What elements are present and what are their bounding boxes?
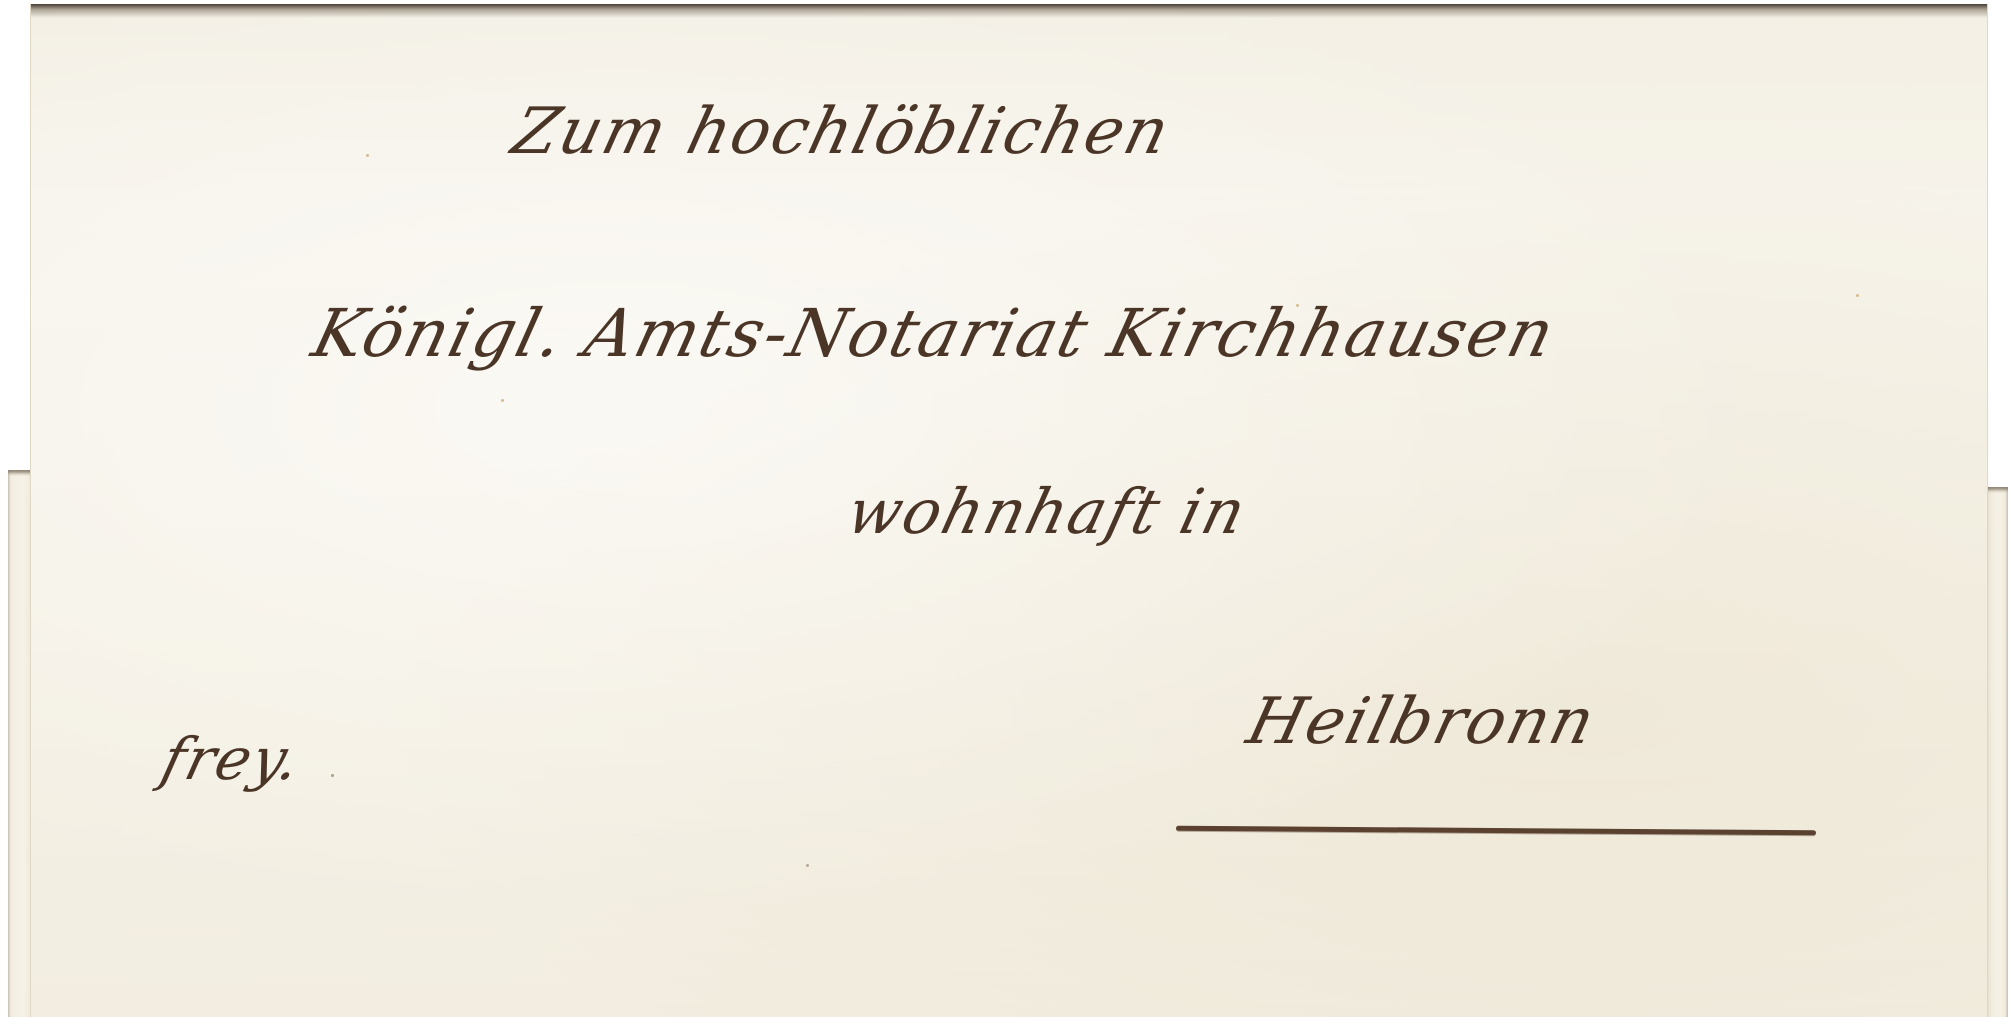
address-line-residence: wohnhaft in [840, 475, 1255, 548]
paper-speck [331, 774, 334, 777]
paper-speck [806, 864, 809, 867]
paper-speck [1856, 294, 1859, 297]
address-line-recipient: Königl. Amts-Notariat Kirchhausen [305, 295, 1563, 372]
right-back-flap [1986, 487, 2008, 1017]
address-line-city: Heilbronn [1240, 685, 1604, 759]
paper-speck [501, 399, 504, 402]
postage-paid-mark: frey. [155, 725, 309, 793]
address-line-salutation: Zum hochlöblichen [505, 95, 1178, 169]
paper-speck [366, 154, 369, 157]
envelope-scan: Zum hochlöblichen Königl. Amts-Notariat … [0, 0, 2009, 1017]
